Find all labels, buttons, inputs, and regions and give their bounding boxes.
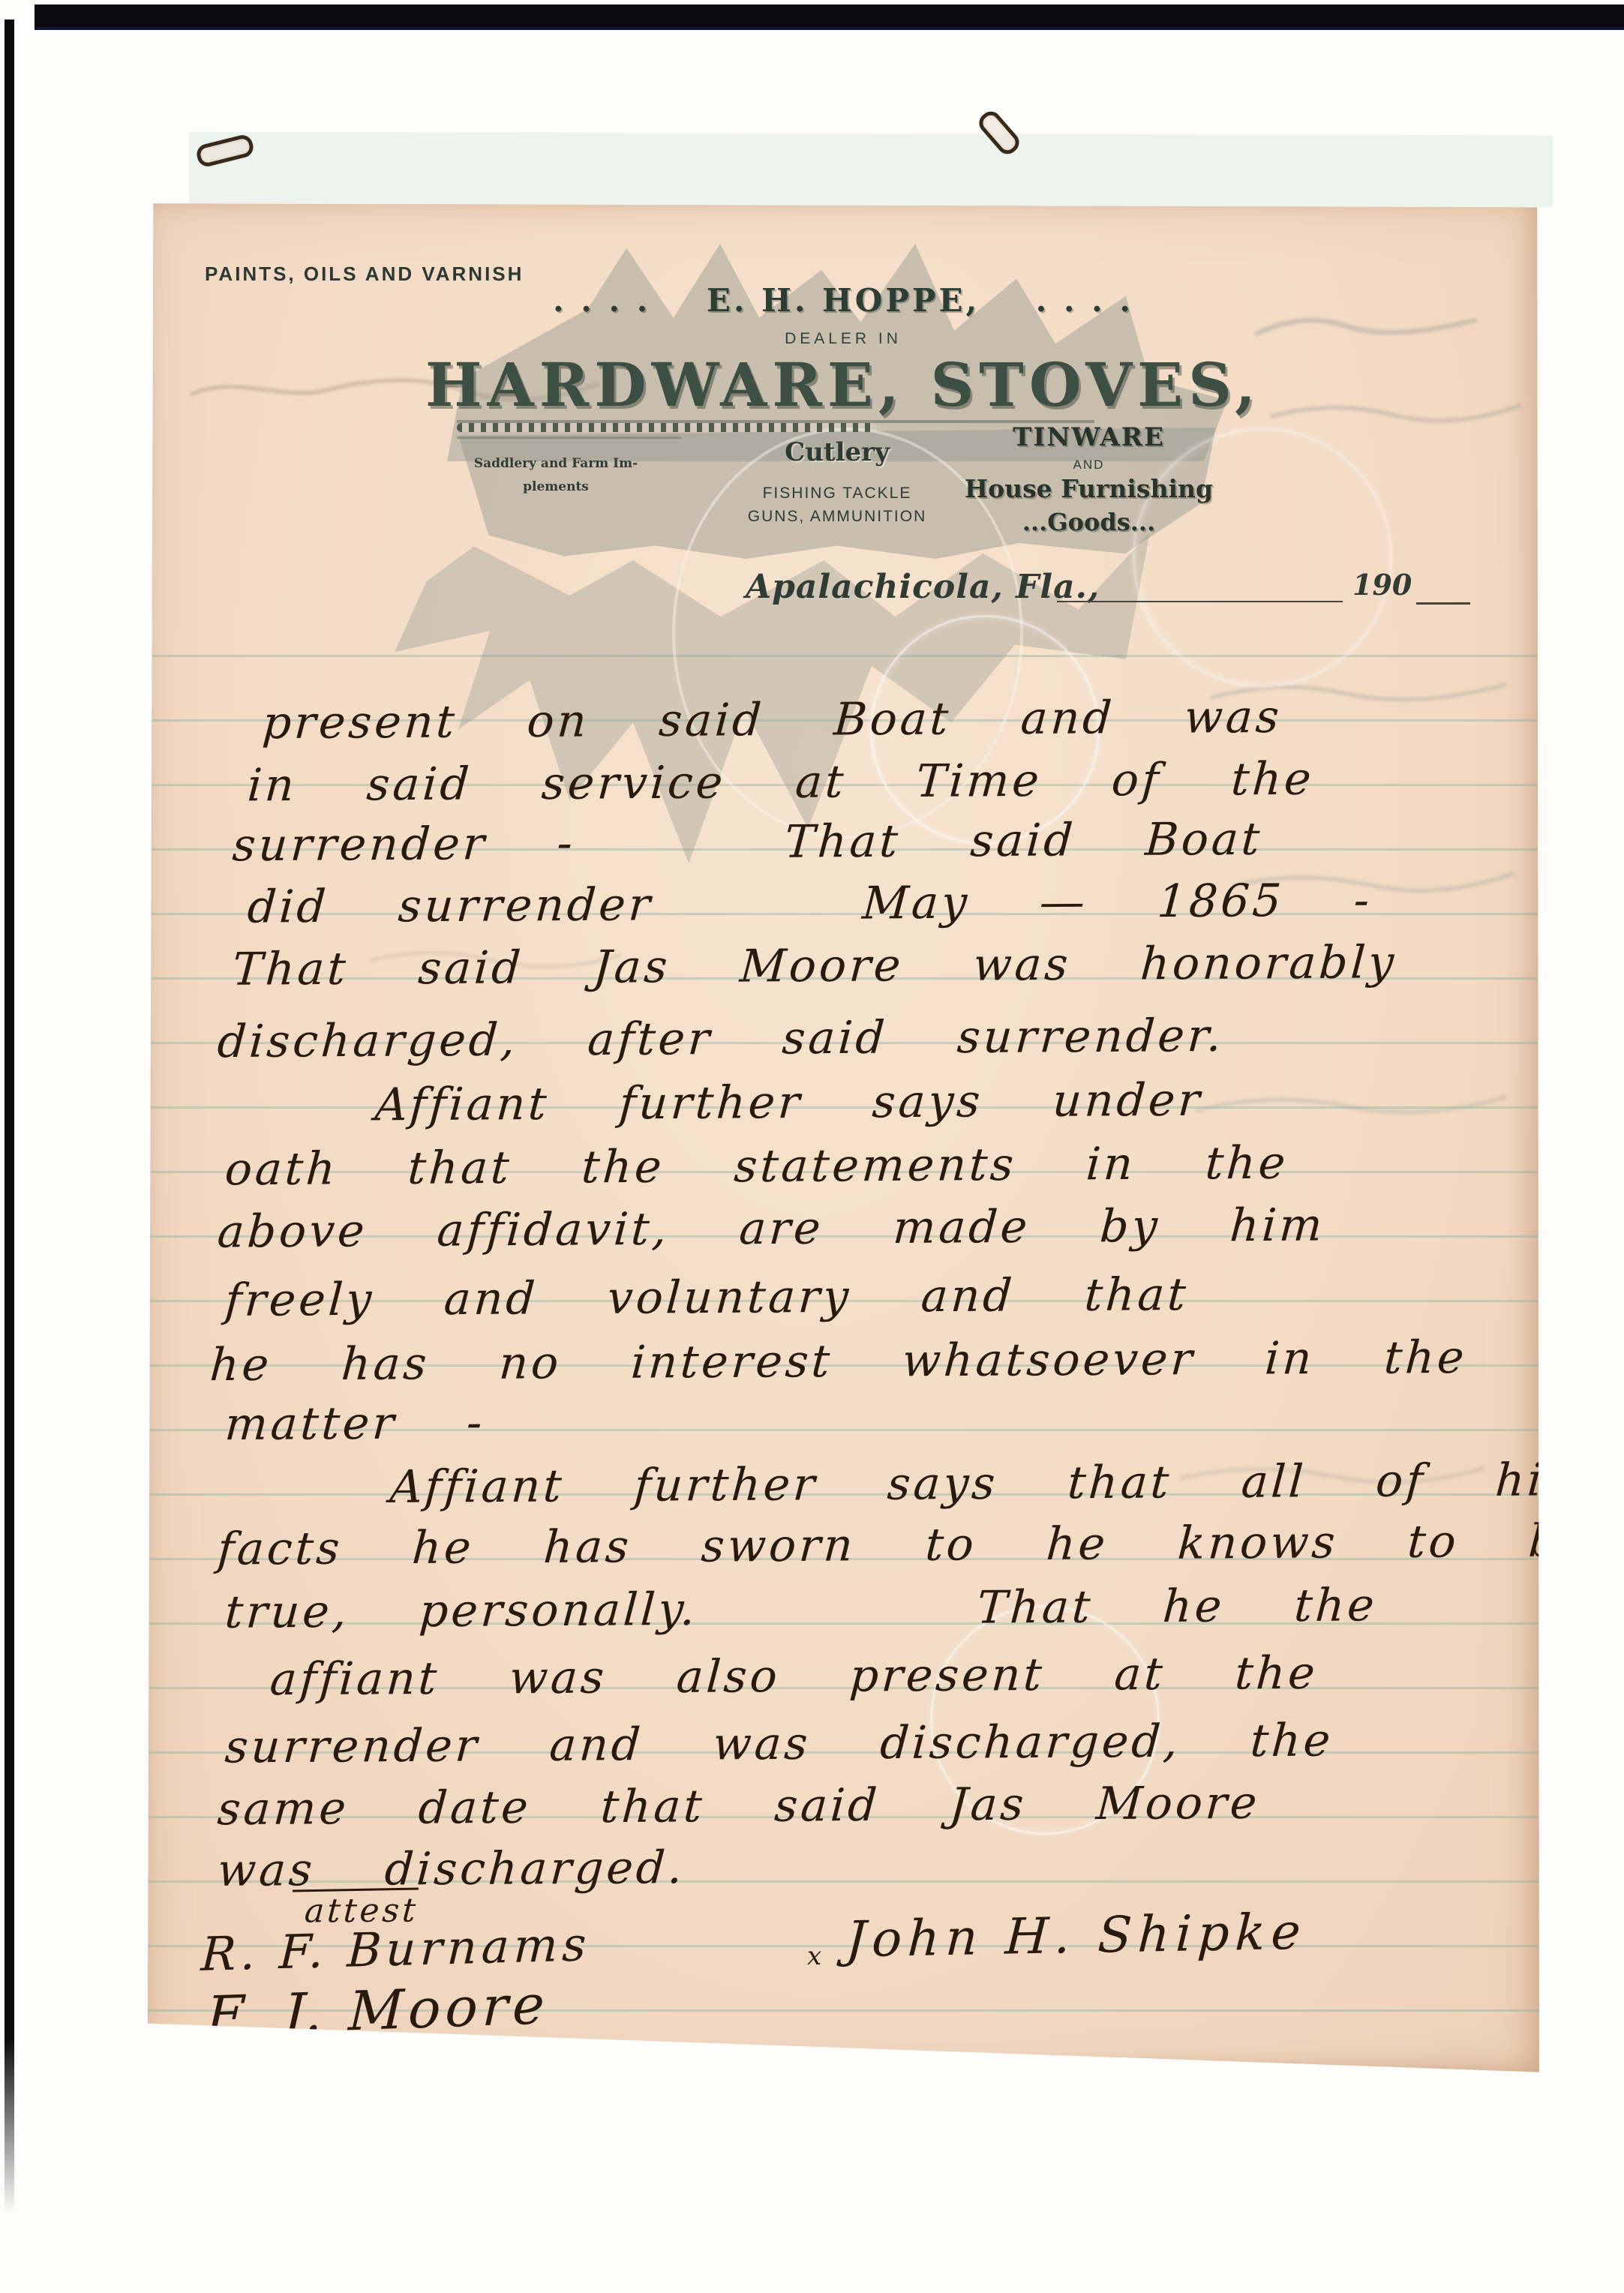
handwritten-line: oath that the statements in the	[224, 1137, 1290, 1196]
dealer-in-label: DEALER IN	[147, 330, 1539, 348]
dateline-place: Apalachicola, Fla.,	[746, 568, 1100, 606]
saddlery-block: Saddlery and Farm Im- plements	[462, 452, 650, 499]
handwritten-line: freely and voluntary and that	[224, 1268, 1190, 1327]
handwritten-line: was discharged.	[216, 1841, 687, 1897]
handwritten-line: surrender and was discharged, the	[224, 1714, 1335, 1773]
and-label: AND	[959, 458, 1218, 473]
center-goods-block: Cutlery FISHING TACKLE GUNS, AMMUNITION	[713, 437, 961, 526]
fishing-tackle-label: FISHING TACKLE	[713, 485, 961, 503]
handwritten-line: Affiant further says that all of his	[389, 1454, 1573, 1514]
bead-ornament	[457, 437, 682, 439]
handwritten-line: facts he has sworn to he knows to be	[216, 1514, 1592, 1575]
affiant-signature: John H. Shipke	[845, 1903, 1308, 1969]
witness-signature: F. J. Moore	[206, 1973, 551, 2048]
handwritten-line: That said Jas Moore was honorably	[231, 936, 1398, 996]
handwritten-line: did surrender May — 1865 -	[246, 874, 1374, 933]
handwritten-line: affiant was also present at the	[269, 1647, 1319, 1706]
handwritten-line: above affidavit, are made by him	[216, 1199, 1327, 1258]
business-headline: HARDWARE, STOVES,	[147, 350, 1539, 420]
bead-ornament	[457, 423, 877, 432]
scan-edge-left	[5, 20, 14, 2213]
dateline-rule	[1057, 601, 1343, 602]
cutlery-label: Cutlery	[713, 437, 961, 467]
handwritten-line: Affiant further says under	[374, 1074, 1205, 1132]
handwritten-line: in said service at Time of the	[246, 753, 1316, 812]
handwritten-line: matter -	[224, 1397, 487, 1451]
dateline-year: 190	[1352, 568, 1412, 602]
merchant-name: . . . . E. H. HOPPE, . . . .	[147, 282, 1539, 319]
saddlery-line-1: Saddlery and Farm Im-	[462, 452, 650, 476]
handwritten-line: same date that said Jas Moore	[216, 1777, 1262, 1836]
handwritten-line: discharged, after said surrender.	[216, 1010, 1226, 1068]
house-furnishing-label: House Furnishing	[959, 474, 1218, 503]
right-goods-block: TINWARE AND House Furnishing ...Goods...	[959, 422, 1218, 536]
witness-signature: R. F. Burnams	[200, 1916, 592, 1982]
letter-sheet: PAINTS, OILS AND VARNISH . . . . E. H. H…	[147, 203, 1539, 2074]
affiant-mark: x	[807, 1941, 826, 1971]
handwritten-line: he has no interest whatsoever in the	[209, 1331, 1469, 1391]
handwritten-line: surrender - That said Boat	[231, 813, 1265, 872]
handwritten-line: present on said Boat and was	[261, 691, 1283, 749]
backing-sheet	[189, 132, 1553, 208]
dateline-rule	[1416, 602, 1470, 605]
guns-ammunition-label: GUNS, AMMUNITION	[713, 508, 961, 526]
saddlery-line-2: plements	[462, 476, 650, 499]
goods-label: ...Goods...	[959, 508, 1218, 536]
handwritten-line: true, personally. That he the	[224, 1579, 1379, 1638]
scan-edge-top	[35, 5, 1624, 30]
tinware-label: TINWARE	[959, 422, 1218, 452]
